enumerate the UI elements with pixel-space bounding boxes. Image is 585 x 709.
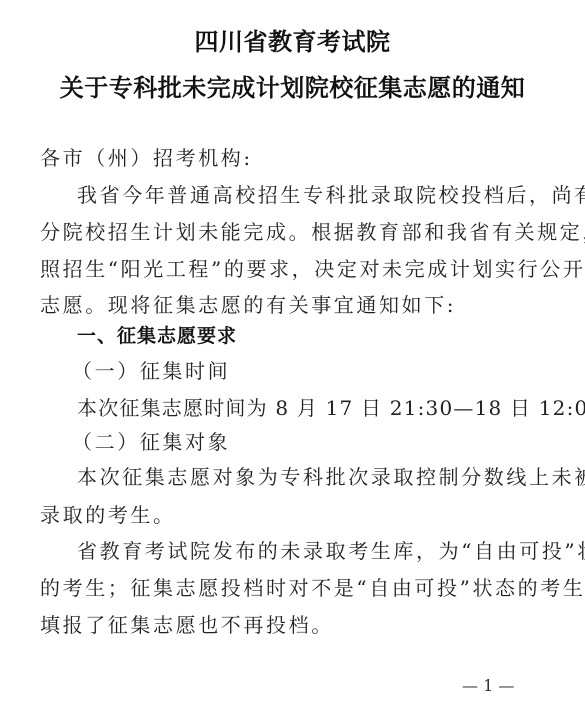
subsection-heading: （一）征集时间 — [72, 359, 230, 383]
paragraph-line: 分院校招生计划未能完成。根据教育部和我省有关规定，按 — [40, 220, 585, 244]
paragraph-line: 填报了征集志愿也不再投档。 — [40, 613, 334, 637]
collection-time-text: 本次征集志愿时间为 8 月 17 日 21:30—18 日 12:00。 — [77, 396, 585, 420]
salutation: 各市（州）招考机构: — [40, 146, 253, 170]
paragraph-line: 志愿。现将征集志愿的有关事宜通知如下: — [40, 293, 456, 317]
subsection-heading: （二）征集对象 — [72, 430, 230, 454]
paragraph-line: 的考生；征集志愿投档时对不是“自由可投”状态的考生即使 — [40, 576, 585, 600]
paragraph-line: 我省今年普通高校招生专科批录取院校投档后，尚有部 — [77, 183, 585, 207]
paragraph-line: 省教育考试院发布的未录取考生库，为“自由可投”状态 — [77, 539, 585, 563]
document-title-line1: 四川省教育考试院 — [0, 27, 585, 57]
section-heading: 一、征集志愿要求 — [77, 324, 237, 348]
paragraph-line: 照招生“阳光工程”的要求，决定对未完成计划实行公开征集 — [40, 257, 585, 281]
page-number: — 1 — — [462, 676, 514, 696]
paragraph-line: 本次征集志愿对象为专科批次录取控制分数线上未被 — [77, 465, 585, 489]
paragraph-line: 录取的考生。 — [40, 503, 176, 527]
document-title-line2: 关于专科批未完成计划院校征集志愿的通知 — [0, 73, 585, 103]
